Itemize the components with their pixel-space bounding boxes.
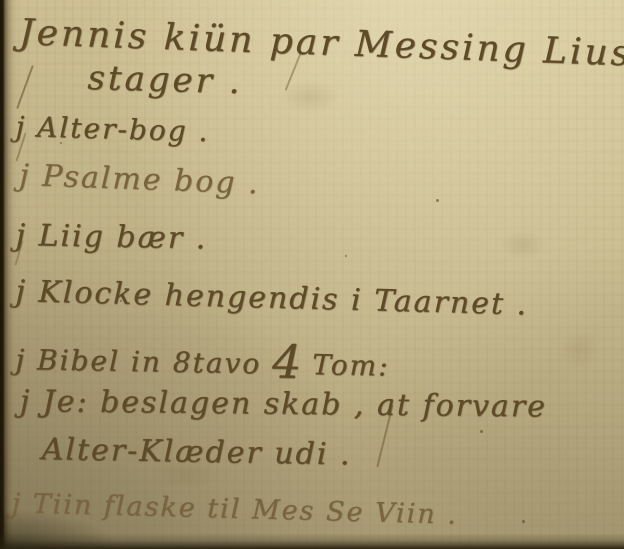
bible-line-end: Tom: bbox=[301, 348, 390, 383]
manuscript-line-altar-book: j Alter-bog . bbox=[15, 110, 210, 148]
manuscript-line-cabinet: j Je: beslagen skab , at forvare bbox=[20, 384, 547, 425]
paper-speck bbox=[522, 520, 525, 523]
manuscript-page-photo: Jennis kiün par Messing Liuse- stager . … bbox=[0, 0, 624, 549]
numeral-four: 4 bbox=[272, 334, 302, 389]
bible-line-start: j Bibel in 8tavo bbox=[15, 343, 272, 380]
paper-stain bbox=[560, 330, 600, 370]
paper-speck bbox=[345, 255, 347, 257]
manuscript-line-bible: j Bibel in 8tavo 4 Tom: bbox=[15, 326, 390, 387]
pen-flourish bbox=[16, 65, 34, 109]
paper-speck bbox=[480, 430, 483, 433]
manuscript-line-bier: j Liig bær . bbox=[15, 218, 207, 256]
manuscript-line-bell-in-tower: j Klocke hengendis i Taarnet . bbox=[15, 274, 528, 322]
paper-stain bbox=[280, 80, 340, 114]
paper-speck bbox=[436, 199, 439, 202]
manuscript-line-candlesticks-continued: stager . bbox=[87, 58, 243, 102]
manuscript-line-hymn-book: j Psalme bog . bbox=[19, 158, 260, 201]
paper-stain bbox=[500, 230, 546, 260]
manuscript-line-altar-clothes: Alter-Klæder udi . bbox=[41, 432, 351, 472]
book-gutter-edge bbox=[0, 0, 18, 549]
bottom-page-edge-shadow bbox=[0, 533, 624, 549]
